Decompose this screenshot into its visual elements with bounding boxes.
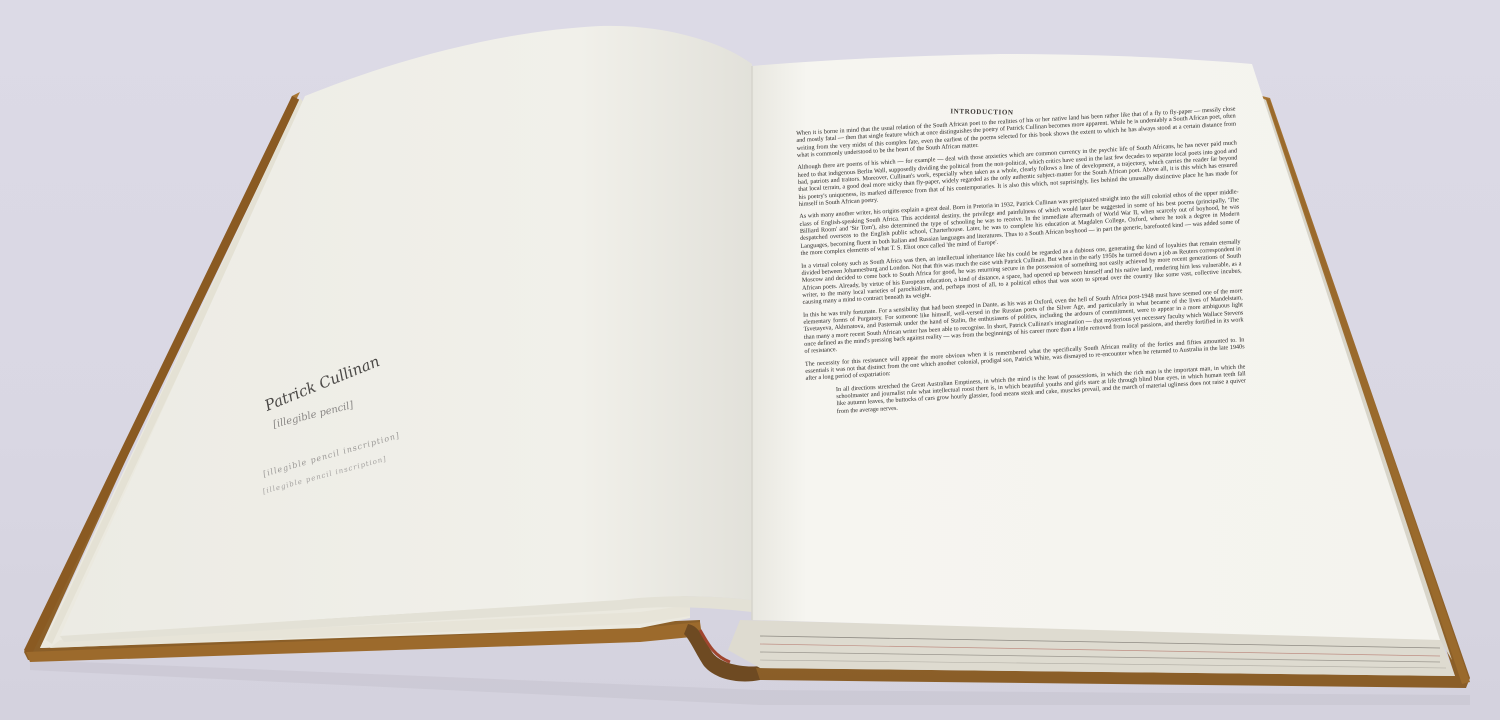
introduction-text: When it is borne in mind that the usual … [796, 105, 1247, 421]
left-page [60, 26, 752, 636]
open-book [0, 0, 1500, 720]
book-photo: INTRODUCTION When it is borne in mind th… [0, 0, 1500, 720]
